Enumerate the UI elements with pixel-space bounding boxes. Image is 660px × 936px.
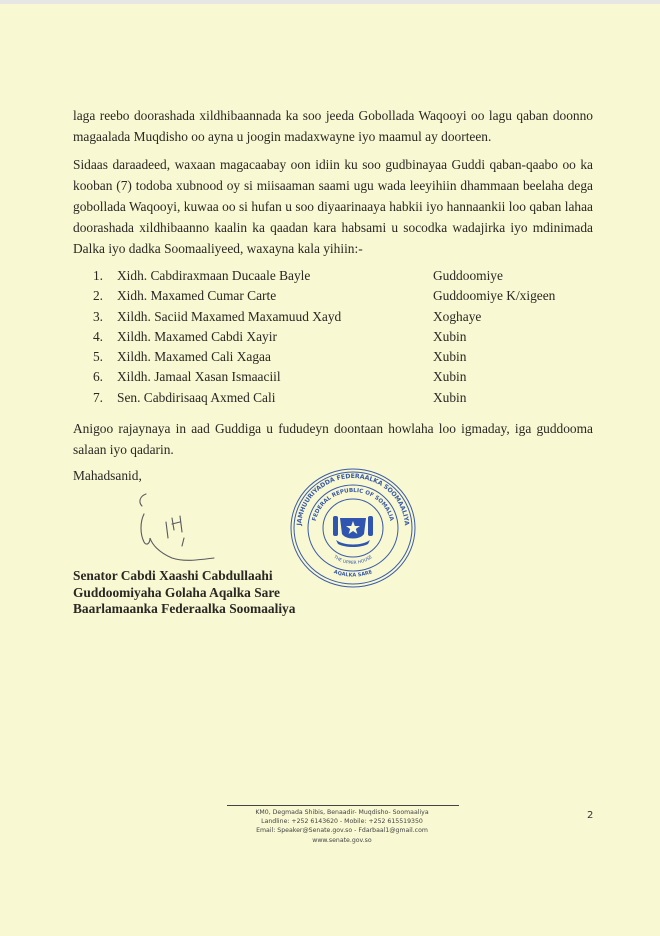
member-row: 3. Xildh. Saciid Maxamed Maxamuud Xayd X… [87,307,607,327]
member-role: Guddoomiye [433,266,503,286]
svg-text:THE UPPER HOUSE: THE UPPER HOUSE [332,554,374,566]
footer-email: Email: Speaker@Senate.gov.so - Fdarbaal1… [222,826,462,835]
paragraph-intro: laga reebo doorashada xildhibaannada ka … [73,105,593,147]
paragraph-closing-request: Anigoo rajaynaya in aad Guddiga u fudude… [73,418,593,460]
member-row: 1. Xidh. Cabdiraxmaan Ducaale Bayle Gudd… [87,266,607,286]
handwritten-signature-icon [128,488,238,568]
official-seal-icon: JAMHUURIYADDA FEDERAALKA SOOMAALIYA FEDE… [288,466,418,590]
committee-member-list: 1. Xidh. Cabdiraxmaan Ducaale Bayle Gudd… [87,266,607,408]
signatory-name: Senator Cabdi Xaashi Cabdullaahi [73,568,295,585]
member-name: Xidh. Maxamed Cumar Carte [117,286,276,306]
member-number: 4. [87,327,103,347]
member-name: Xildh. Maxamed Cali Xagaa [117,347,271,367]
member-name: Sen. Cabdirisaaq Axmed Cali [117,388,275,408]
member-row: 6. Xildh. Jamaal Xasan Ismaaciil Xubin [87,367,607,387]
member-name: Xildh. Maxamed Cabdi Xayir [117,327,277,347]
svg-text:FEDERAL REPUBLIC OF SOMALIA: FEDERAL REPUBLIC OF SOMALIA [312,488,395,522]
member-number: 6. [87,367,103,387]
signatory-institution: Baarlamaanka Federaalka Soomaaliya [73,601,295,618]
member-role: Xubin [433,347,466,367]
letter-page: laga reebo doorashada xildhibaannada ka … [0,4,660,936]
svg-text:AQALKA SARE: AQALKA SARE [333,569,374,579]
member-number: 1. [87,266,103,286]
member-name: Xidh. Cabdiraxmaan Ducaale Bayle [117,266,310,286]
letterhead-footer: KM0, Degmada Shibis, Benaadir- Muqdisho-… [222,808,462,845]
member-number: 3. [87,307,103,327]
signatory-title: Guddoomiyaha Golaha Aqalka Sare [73,585,295,602]
member-row: 7. Sen. Cabdirisaaq Axmed Cali Xubin [87,388,607,408]
seal-bottom-text: AQALKA SARE [333,569,374,579]
member-number: 5. [87,347,103,367]
member-row: 4. Xildh. Maxamed Cabdi Xayir Xubin [87,327,607,347]
member-role: Guddoomiye K/xigeen [433,286,555,306]
paragraph-committee: Sidaas daraadeed, waxaan magacaabay oon … [73,154,593,259]
seal-inner-text: THE UPPER HOUSE [332,554,374,566]
member-role: Xubin [433,367,466,387]
member-name: Xildh. Saciid Maxamed Maxamuud Xayd [117,307,341,327]
seal-middle-text: FEDERAL REPUBLIC OF SOMALIA [312,488,395,522]
signatory-block: Senator Cabdi Xaashi Cabdullaahi Guddoom… [73,568,295,618]
footer-divider [227,805,459,806]
footer-website: www.senate.gov.so [222,836,462,845]
footer-phones: Landline: +252 6143620 - Mobile: +252 61… [222,817,462,826]
member-row: 2. Xidh. Maxamed Cumar Carte Guddoomiye … [87,286,607,306]
member-role: Xubin [433,327,466,347]
footer-address: KM0, Degmada Shibis, Benaadir- Muqdisho-… [222,808,462,817]
member-number: 7. [87,388,103,408]
page-number: 2 [587,810,593,821]
member-role: Xubin [433,388,466,408]
member-row: 5. Xildh. Maxamed Cali Xagaa Xubin [87,347,607,367]
member-name: Xildh. Jamaal Xasan Ismaaciil [117,367,281,387]
member-role: Xoghaye [433,307,481,327]
member-number: 2. [87,286,103,306]
